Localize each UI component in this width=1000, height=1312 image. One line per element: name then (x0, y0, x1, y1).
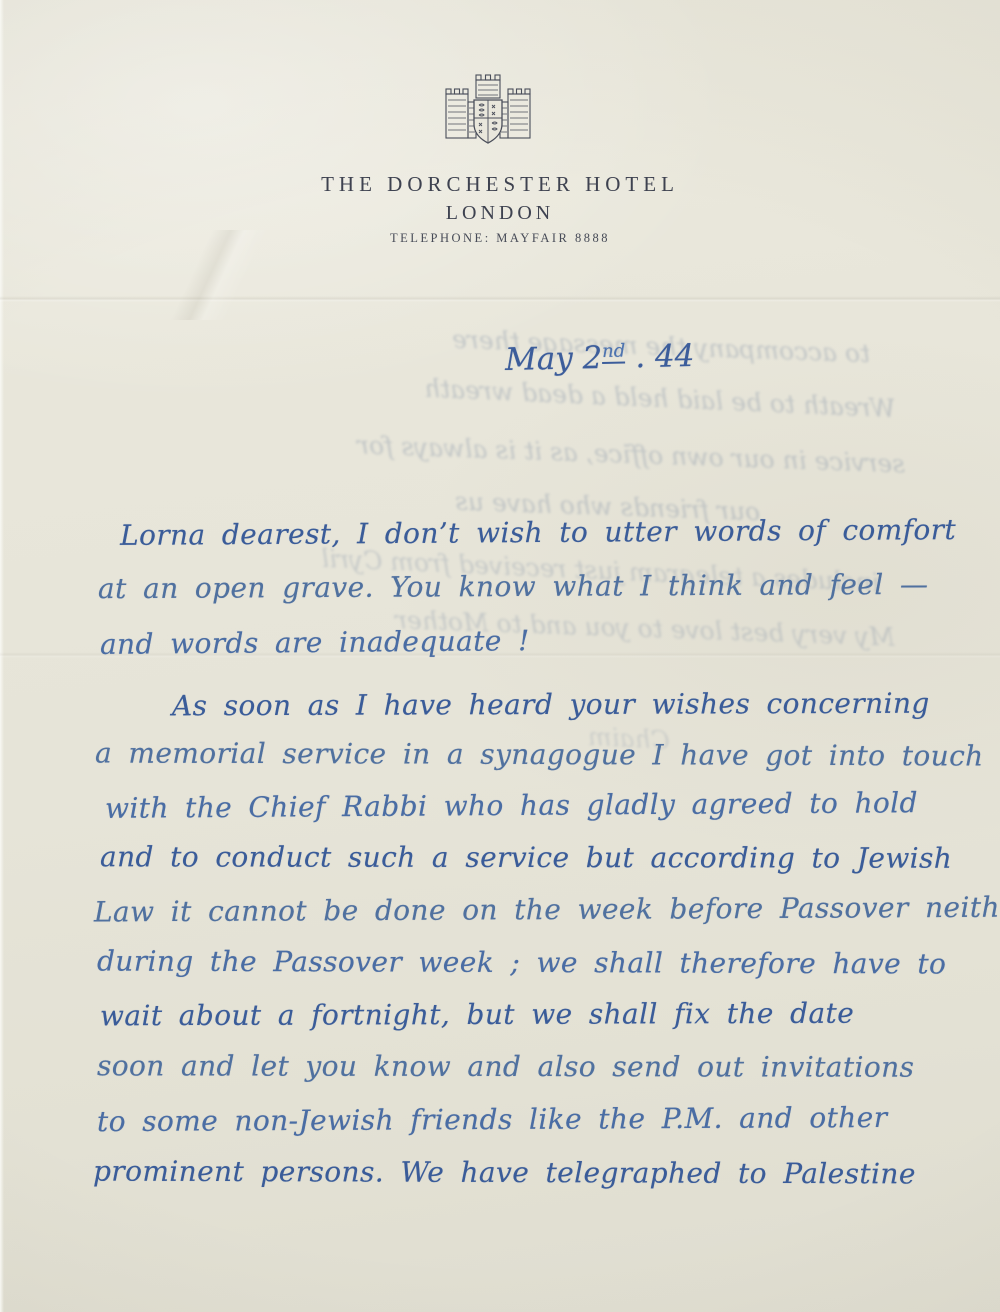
fold-crease (0, 296, 1000, 302)
letter-line: during the Passover week ; we shall ther… (97, 945, 946, 981)
letter-line: As soon as I have heard your wishes conc… (172, 687, 930, 723)
hotel-city: LONDON (0, 202, 1000, 225)
letter-line: and to conduct such a service but accord… (100, 840, 952, 874)
letter-line: wait about a fortnight, but we shall fix… (100, 997, 854, 1033)
date-suffix: . 44 (625, 338, 695, 375)
hotel-crest-icon (440, 72, 536, 148)
bleedthrough-line: service in our own office, as it is alwa… (356, 430, 905, 478)
hotel-telephone: TELEPHONE: MAYFAIR 8888 (0, 231, 1000, 246)
letter-line: and words are inadequate ! (100, 624, 530, 661)
letter-line: prominent persons. We have telegraphed t… (93, 1155, 916, 1191)
letter-line: Lorna dearest, I don’t wish to utter wor… (120, 513, 956, 552)
letter-line: soon and let you know and also send out … (97, 1049, 914, 1083)
date-ordinal: nd (602, 340, 626, 363)
letter-page: THE DORCHESTER HOTEL LONDON TELEPHONE: M… (0, 0, 1000, 1312)
letter-line: a memorial service in a synagogue I have… (95, 736, 984, 772)
hotel-name: THE DORCHESTER HOTEL (0, 172, 1000, 197)
letter-date: May 2nd . 44 (505, 338, 695, 378)
date-prefix: May 2 (505, 340, 603, 378)
letter-line: Law it cannot be done on the week before… (94, 891, 1000, 929)
letter-line: to some non-Jewish friends like the P.M.… (97, 1101, 888, 1138)
letter-line: with the Chief Rabbi who has gladly agre… (105, 786, 918, 825)
bleedthrough-line: Wreath to be laid held a dead wreath (423, 374, 895, 424)
letter-line: at an open grave. You know what I think … (98, 568, 929, 605)
